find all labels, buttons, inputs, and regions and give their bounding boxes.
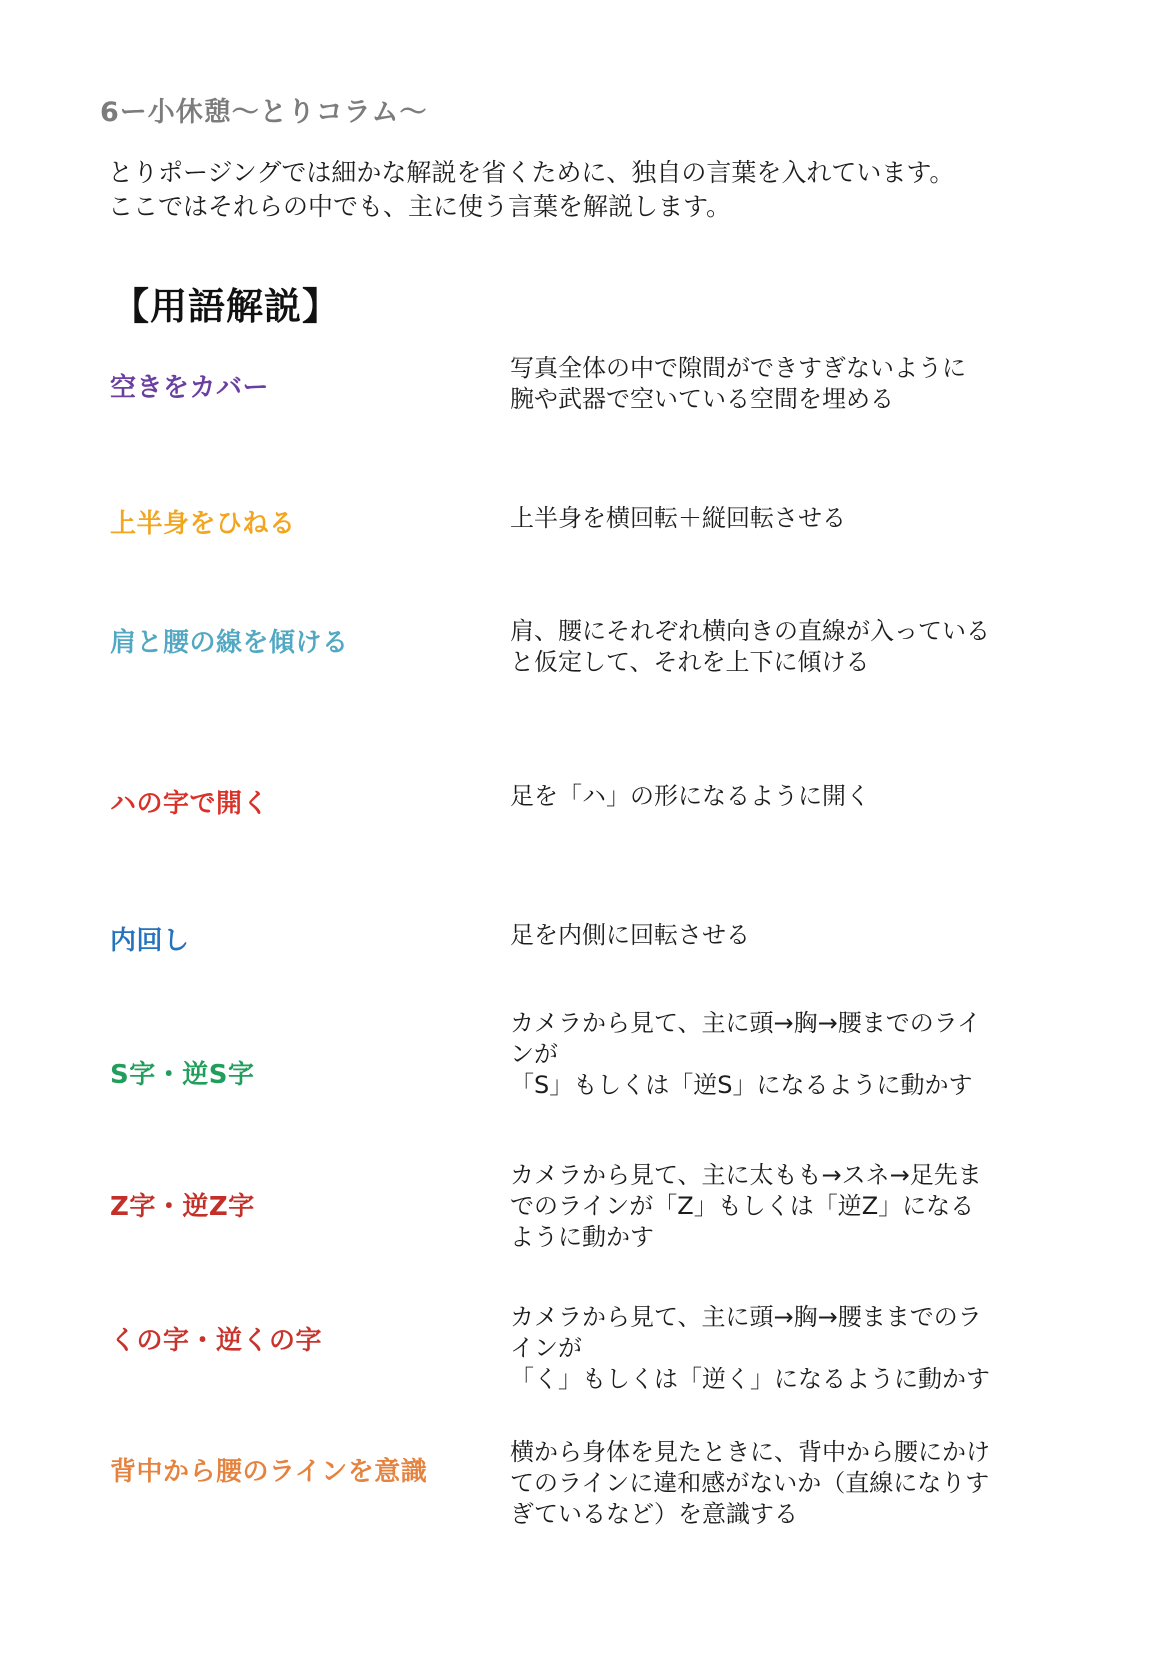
glossary-term: くの字・逆くの字 [110,1302,510,1357]
glossary-definition: 肩、腰にそれぞれ横向きの直線が入っている と仮定して、それを上下に傾ける [510,616,1109,678]
glossary-entry: S字・逆S字 カメラから見て、主に頭→胸→腰までのライ ンが 「S」もしくは「逆… [110,1008,1109,1101]
glossary-definition: 足を内側に回転させる [510,920,1109,951]
glossary-definition: カメラから見て、主に太もも→スネ→足先ま でのラインが「Z」もしくは「逆Z」にな… [510,1160,1109,1253]
glossary-term: S字・逆S字 [110,1008,510,1091]
glossary-term: 肩と腰の線を傾ける [110,616,510,659]
glossary-definition: カメラから見て、主に頭→胸→腰ままでのラ インが 「く」もしくは「逆く」になるよ… [510,1302,1109,1395]
glossary-entry: ハの字で開く 足を「ハ」の形になるように開く [110,781,1109,820]
glossary-definition: カメラから見て、主に頭→胸→腰までのライ ンが 「S」もしくは「逆S」になるよう… [510,1008,1109,1101]
section-title: 【用語解説】 [112,276,340,330]
glossary-definition: 足を「ハ」の形になるように開く [510,781,1109,812]
glossary-term: ハの字で開く [110,781,510,820]
glossary-term: 空きをカバー [110,353,510,404]
glossary-definition: 上半身を横回転＋縦回転させる [510,503,1109,534]
document-page: 6ー小休憩〜とりコラム〜 とりポージングでは細かな解説を省くために、独自の言葉を… [0,0,1167,1653]
glossary-definition: 写真全体の中で隙間ができすぎないように 腕や武器で空いている空間を埋める [510,353,1109,415]
glossary-entry: くの字・逆くの字 カメラから見て、主に頭→胸→腰ままでのラ インが 「く」もしく… [110,1302,1109,1395]
glossary-term: 背中から腰のラインを意識 [110,1437,510,1488]
glossary-term: 上半身をひねる [110,503,510,540]
glossary-entry: Z字・逆Z字 カメラから見て、主に太もも→スネ→足先ま でのラインが「Z」もしく… [110,1160,1109,1253]
glossary-entry: 内回し 足を内側に回転させる [110,920,1109,957]
page-heading: 6ー小休憩〜とりコラム〜 [100,90,428,129]
glossary-term: 内回し [110,920,510,957]
glossary-term: Z字・逆Z字 [110,1160,510,1223]
glossary-entry: 上半身をひねる 上半身を横回転＋縦回転させる [110,503,1109,540]
intro-paragraph: とりポージングでは細かな解説を省くために、独自の言葉を入れています。 ここではそ… [108,156,1107,224]
glossary-entry: 肩と腰の線を傾ける 肩、腰にそれぞれ横向きの直線が入っている と仮定して、それを… [110,616,1109,678]
glossary-definition: 横から身体を見たときに、背中から腰にかけ てのラインに違和感がないか（直線になり… [510,1437,1109,1530]
glossary-entry: 空きをカバー 写真全体の中で隙間ができすぎないように 腕や武器で空いている空間を… [110,353,1109,415]
glossary-entry: 背中から腰のラインを意識 横から身体を見たときに、背中から腰にかけ てのラインに… [110,1437,1109,1530]
